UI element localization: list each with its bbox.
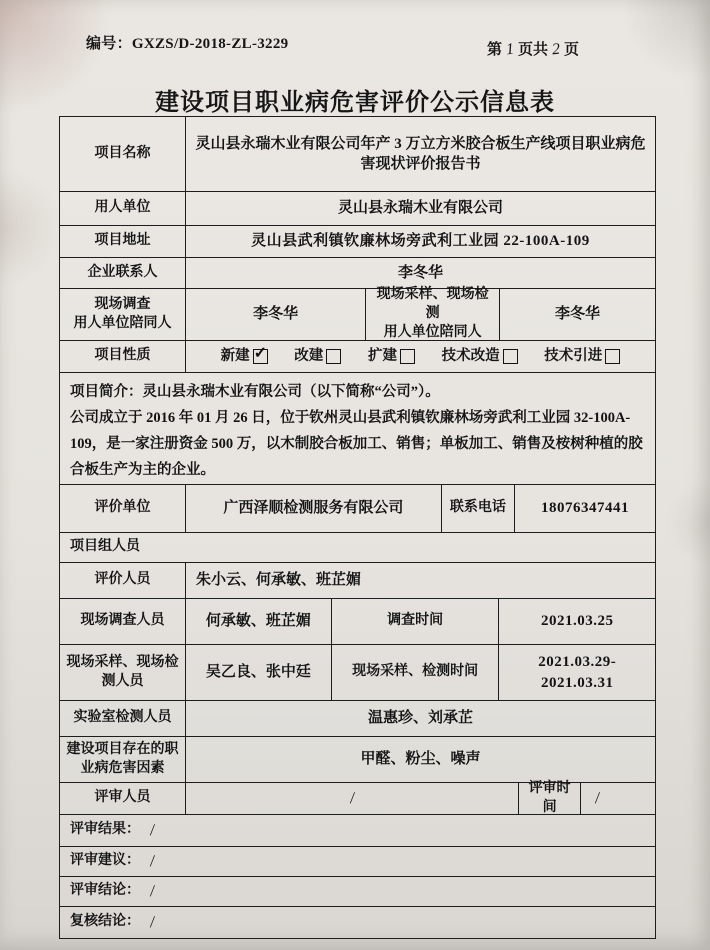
review-advice-label: 评审建议： [70,852,140,871]
row-project-name: 项目名称 灵山县永瑞木业有限公司年产 3 万立方米胶合板生产线项目职业病危害现状… [60,117,655,191]
check-mark: ✓ [254,343,267,365]
recheck-conclusion-value: / [145,911,160,934]
row-sampling: 现场采样、现场检 测人员 吴乙良、张中廷 现场采样、检测时间 2021.03.2… [60,644,655,700]
sampling-time-label: 现场采样、检测时间 [331,645,499,700]
option-expand-label: 扩建 [368,347,397,367]
hazards-value: 甲醛、粉尘、噪声 [185,737,655,782]
option-tech-upgrade: 技术改造 [442,347,518,367]
phone-value: 18076347441 [514,485,655,532]
sampling-escort-value: 李冬华 [499,289,655,340]
page-total-handwritten: 2 [547,40,565,60]
row-review-advice: 评审建议： / [60,846,655,876]
team-header: 项目组人员 [60,533,655,562]
review-result-label: 评审结果： [70,821,140,840]
row-recheck-conclusion: 复核结论： / [60,906,655,938]
evaluation-org-value: 广西泽顺检测服务有限公司 [185,485,441,532]
review-time-value: / [580,783,655,814]
option-rebuild-label: 改建 [294,347,323,367]
page-middle: 页共 [518,42,548,58]
row-project-nature: 项目性质 新建 ✓ 改建 扩建 技术改造 技术引进 [60,340,655,372]
recheck-conclusion: 复核结论： / [60,907,655,938]
phone-label: 联系电话 [441,485,514,532]
option-rebuild: 改建 [294,347,341,367]
lab-label: 实验室检测人员 [60,701,185,736]
employer-value: 灵山县永瑞木业有限公司 [185,192,655,225]
review-time-slash: / [590,787,605,810]
option-new-build: 新建 ✓ [221,347,268,367]
option-tech-import: 技术引进 [544,347,620,367]
recheck-conclusion-label: 复核结论： [70,913,140,932]
checkbox-checked-icon: ✓ [253,349,268,364]
row-site-survey: 现场调查人员 何承敏、班芷媚 调查时间 2021.03.25 [60,598,655,644]
survey-escort-label: 现场调查 用人单位陪同人 [60,289,185,340]
review-result-value: / [145,819,160,842]
row-hazards: 建设项目存在的职 业病危害因素 甲醛、粉尘、噪声 [60,736,655,782]
project-nature-options: 新建 ✓ 改建 扩建 技术改造 技术引进 [185,341,655,372]
checkbox-empty-icon [605,349,620,364]
row-evaluation-org: 评价单位 广西泽顺检测服务有限公司 联系电话 18076347441 [60,484,655,532]
form-table: 项目名称 灵山县永瑞木业有限公司年产 3 万立方米胶合板生产线项目职业病危害现状… [59,116,656,939]
row-company-contact: 企业联系人 李冬华 [60,257,655,288]
employer-label: 用人单位 [60,192,185,225]
page-suffix: 页 [564,42,579,58]
sampling-value: 吴乙良、张中廷 [185,645,331,700]
row-escort: 现场调查 用人单位陪同人 李冬华 现场采样、现场检测 用人单位陪同人 李冬华 [60,288,655,340]
hazards-label: 建设项目存在的职 业病危害因素 [60,737,185,782]
document-number: 编号：GXZS/D-2018-ZL-3229 [86,32,288,53]
row-evaluators: 评价人员 朱小云、何承敏、班芷媚 [60,562,655,598]
company-contact-value: 李冬华 [185,258,655,288]
site-survey-label: 现场调查人员 [60,599,185,644]
row-review-conclusion: 评审结论： / [60,876,655,906]
option-tech-upgrade-label: 技术改造 [442,347,500,367]
review-label: 评审人员 [60,783,185,814]
row-team-header: 项目组人员 [60,532,655,562]
checkbox-empty-icon [326,349,341,364]
row-review: 评审人员 / 评审时间 / [60,782,655,814]
evaluators-value: 朱小云、何承敏、班芷媚 [185,563,655,598]
page-indicator: 第1页共2页 [487,38,579,59]
review-value: / [185,783,518,814]
site-survey-value: 何承敏、班芷媚 [185,599,331,644]
checkbox-empty-icon [503,349,518,364]
review-conclusion-label: 评审结论： [70,882,140,901]
document-number-value: GXZS/D-2018-ZL-3229 [132,36,289,52]
sampling-time-value: 2021.03.29-2021.03.31 [498,645,655,700]
page-current-handwritten: 1 [501,40,519,60]
row-employer: 用人单位 灵山县永瑞木业有限公司 [60,191,655,225]
review-advice: 评审建议： / [60,847,655,876]
checkbox-empty-icon [400,349,415,364]
row-project-address: 项目地址 灵山县武利镇钦廉林场旁武利工业园 22-100A-109 [60,225,655,257]
project-intro-line1: 项目简介：灵山县永瑞木业有限公司（以下简称“公司”）。 [70,379,440,405]
sampling-label: 现场采样、现场检 测人员 [60,645,185,700]
project-name-label: 项目名称 [60,117,185,191]
survey-escort-value: 李冬华 [185,289,365,340]
row-review-result: 评审结果： / [60,814,655,846]
evaluators-label: 评价人员 [60,563,185,598]
row-project-intro: 项目简介：灵山县永瑞木业有限公司（以下简称“公司”）。 公司成立于 2016 年… [60,372,655,484]
form-title: 建设项目职业病危害评价公示信息表 [55,82,655,117]
lab-value: 温惠珍、刘承芷 [185,701,655,736]
review-time-label: 评审时间 [518,783,580,814]
company-contact-label: 企业联系人 [60,258,185,288]
survey-time-value: 2021.03.25 [498,599,655,644]
project-address-value: 灵山县武利镇钦廉林场旁武利工业园 22-100A-109 [185,226,655,257]
review-advice-value: / [145,850,160,873]
row-lab: 实验室检测人员 温惠珍、刘承芷 [60,700,655,736]
review-conclusion: 评审结论： / [60,877,655,906]
project-nature-label: 项目性质 [60,341,185,372]
review-conclusion-value: / [145,880,160,903]
project-name-value: 灵山县永瑞木业有限公司年产 3 万立方米胶合板生产线项目职业病危害现状评价报告书 [185,117,655,191]
project-address-label: 项目地址 [60,226,185,257]
page-prefix: 第 [487,42,502,58]
review-value-slash: / [345,787,360,810]
option-new-build-label: 新建 [221,347,250,367]
review-result: 评审结果： / [60,815,655,846]
evaluation-org-label: 评价单位 [60,485,185,532]
project-intro-line2: 公司成立于 2016 年 01 月 26 日，位于钦州灵山县武利镇钦廉林场旁武利… [70,405,645,483]
document-number-label: 编号： [86,36,132,52]
option-tech-import-label: 技术引进 [544,347,602,367]
survey-time-label: 调查时间 [331,599,499,644]
sampling-escort-label: 现场采样、现场检测 用人单位陪同人 [365,289,499,340]
option-expand: 扩建 [368,347,415,367]
project-intro: 项目简介：灵山县永瑞木业有限公司（以下简称“公司”）。 公司成立于 2016 年… [60,373,655,484]
